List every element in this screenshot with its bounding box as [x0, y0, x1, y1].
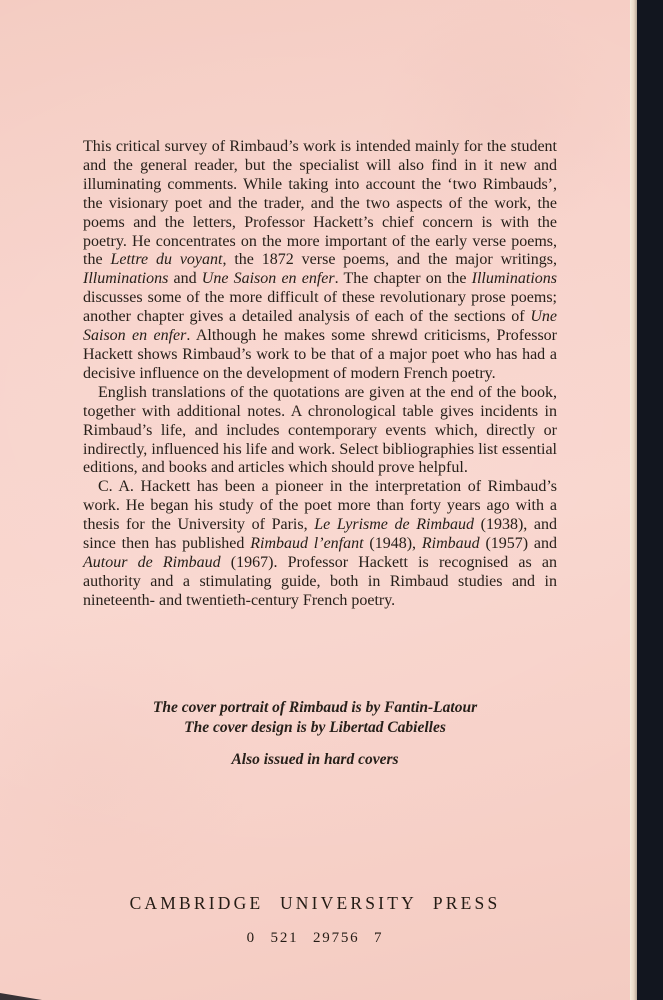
cover-credits: The cover portrait of Rimbaud is by Fant…	[0, 698, 630, 737]
isbn-number: 0 521 29756 7	[0, 930, 630, 947]
blurb-paragraph: English translations of the quotations a…	[83, 384, 557, 479]
cover-edge-highlight	[630, 0, 637, 1000]
cover-design-credit: The cover design is by Libertad Cabielle…	[0, 718, 630, 738]
also-issued-note: Also issued in hard covers	[0, 751, 630, 769]
book-back-cover-photo: This critical survey of Rimbaud’s work i…	[0, 0, 663, 1000]
bottom-left-corner-shadow	[0, 993, 42, 1000]
publisher-name: CAMBRIDGE UNIVERSITY PRESS	[0, 893, 630, 914]
cover-portrait-credit: The cover portrait of Rimbaud is by Fant…	[0, 698, 630, 718]
blurb-paragraph: This critical survey of Rimbaud’s work i…	[83, 138, 557, 384]
blurb: This critical survey of Rimbaud’s work i…	[83, 138, 557, 611]
blurb-paragraph: C. A. Hackett has been a pioneer in the …	[83, 478, 557, 610]
